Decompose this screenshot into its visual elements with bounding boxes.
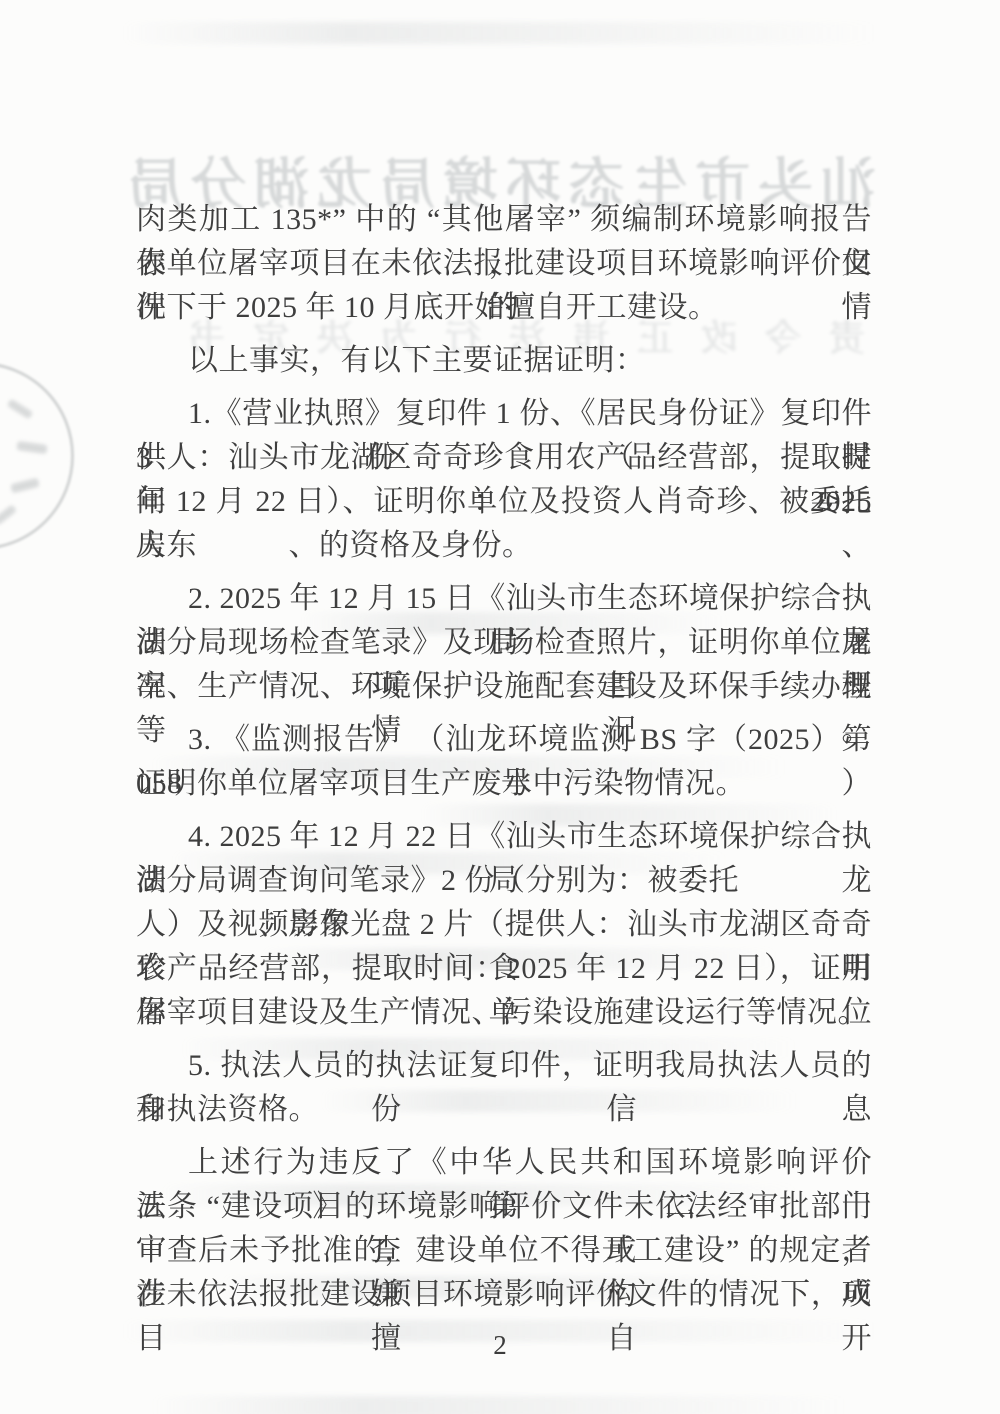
text-line: 以上事实，有以下主要证据证明： bbox=[136, 339, 872, 383]
text-line: 屠宰项目建设及生产情况、污染设施建设运行等情况。 bbox=[136, 991, 872, 1035]
seal-character-smudge bbox=[0, 504, 17, 525]
text-line: 况、生产情况、环境保护设施配套建设及环保手续办理等情况。 bbox=[136, 665, 872, 709]
seal-character-smudge bbox=[17, 441, 48, 454]
text-line: 4. 2025 年 12 月 22 日《汕头市生态环境保护综合执法局龙 bbox=[136, 815, 872, 859]
scanned-document-page: 汕头市生态环境局龙湖分局 责令改正违法行为决定书 肉类加工 135*” 中的 “… bbox=[0, 0, 1000, 1414]
text-line: 在未依法报批建设项目环境影响评价文件的情况下，项目擅自开 bbox=[136, 1273, 872, 1317]
text-line: 上述行为违反了《中华人民共和国环境影响评价法》第二十 bbox=[136, 1141, 872, 1185]
bleedthrough-smudge bbox=[150, 1396, 850, 1414]
seal-character-smudge bbox=[7, 399, 33, 420]
text-line: 3. 《监测报告》 （汕龙环境监测 BS 字（2025）第 058 号） bbox=[136, 718, 872, 762]
seal-character-smudge bbox=[10, 478, 39, 494]
text-line: ）及视频影像光盘 2 片（提供人：汕头市龙湖区奇奇珍食用 bbox=[136, 903, 872, 947]
text-line: 2. 2025 年 12 月 15 日《汕头市生态环境保护综合执法局龙 bbox=[136, 577, 872, 621]
text-line: 农产品经营部，提取时间：2025 年 12 月 22 日），证明你单位 bbox=[136, 947, 872, 991]
text-line: 肉类加工 135*” 中的 “其他屠宰” 须编制环境影响报告表，但 bbox=[136, 198, 872, 242]
text-line: 你单位屠宰项目在未依法报批建设项目环境影响评价文件的情 bbox=[136, 242, 872, 286]
text-line: 年 12 月 22 日）、证明你单位及投资人肖奇珍、被委托人 、 bbox=[136, 480, 872, 524]
text-line: 五条 “建设项目的环境影响评价文件未依法经审批部门审查或者 bbox=[136, 1185, 872, 1229]
text-line: 审查后未予批准的，建设单位不得开工建设” 的规定，涉嫌构成 bbox=[136, 1229, 872, 1273]
text-line: 湖分局现场检查笔录》及现场检查照片，证明你单位屠宰项目概 bbox=[136, 621, 872, 665]
text-line: 5. 执法人员的执法证复印件，证明我局执法人员的身份信息 bbox=[136, 1044, 872, 1088]
page-number: 2 bbox=[0, 1330, 1000, 1361]
text-line: 1.《营业执照》复印件 1 份、《居民身份证》复印件 3 份（提 bbox=[136, 392, 872, 436]
official-seal-bleedthrough bbox=[0, 362, 74, 550]
document-body: 肉类加工 135*” 中的 “其他屠宰” 须编制环境影响报告表，但 你单位屠宰项… bbox=[136, 198, 872, 1317]
text-line: 供人：汕头市龙湖区奇奇珍食用农产品经营部，提取时间：2025 bbox=[136, 436, 872, 480]
bleedthrough-smudge bbox=[120, 22, 880, 44]
